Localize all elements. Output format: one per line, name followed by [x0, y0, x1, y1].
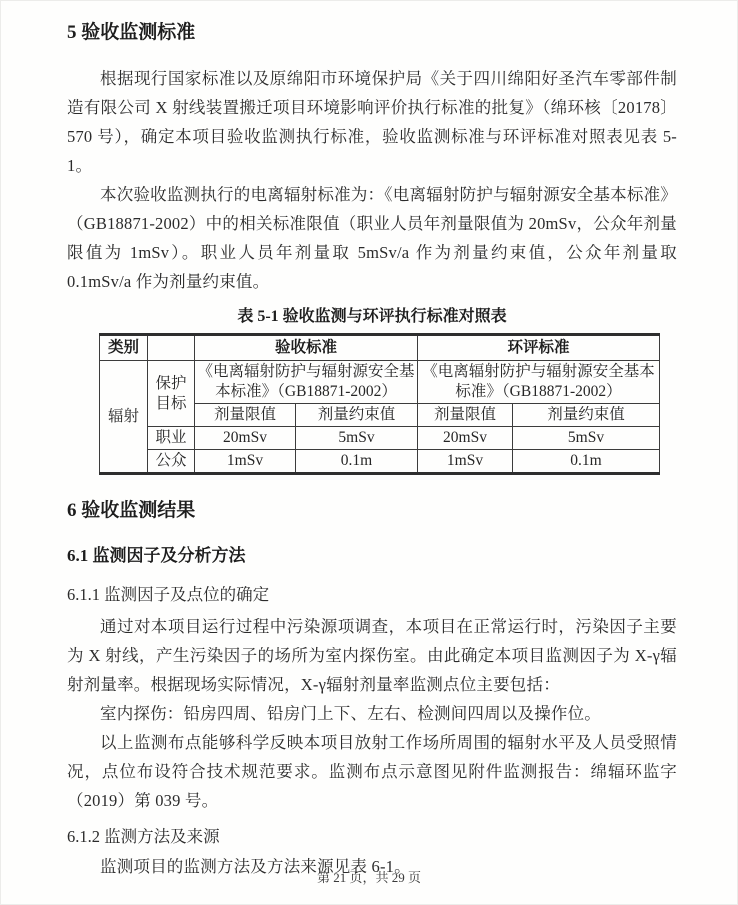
cell-value: 5mSv [513, 427, 660, 450]
table-row-occupational: 职业 20mSv 5mSv 20mSv 5mSv [100, 427, 660, 450]
cell-dose-constraint-label-1: 剂量约束值 [296, 404, 418, 427]
cell-category-header: 类别 [100, 335, 148, 361]
cell-acceptance-standard: 《电离辐射防护与辐射源安全基本标准》（GB18871-2002） [195, 361, 418, 404]
cell-value: 1mSv [418, 450, 513, 474]
cell-value: 20mSv [418, 427, 513, 450]
cell-protect-target: 保护目标 [148, 361, 195, 427]
section-6-1-heading: 6.1 监测因子及分析方法 [67, 544, 677, 567]
cell-eia-header: 环评标准 [418, 335, 660, 361]
section-5-paragraph-2: 本次验收监测执行的电离辐射标准为：《电离辐射防护与辐射源安全基本标准》（GB18… [67, 180, 677, 296]
cell-acceptance-header: 验收标准 [195, 335, 418, 361]
table-row-header: 类别 验收标准 环评标准 [100, 335, 660, 361]
section-6-heading: 6 验收监测结果 [67, 497, 677, 524]
section-6-paragraph-1: 通过对本项目运行过程中污染源项调查，本项目在正常运行时，污染因子主要为 X 射线… [67, 612, 677, 699]
section-6-1-1-heading: 6.1.1 监测因子及点位的确定 [67, 583, 677, 606]
section-6-1-2-heading: 6.1.2 监测方法及来源 [67, 825, 677, 848]
section-6-paragraph-3: 以上监测布点能够科学反映本项目放射工作场所周围的辐射水平及人员受照情况，点位布设… [67, 728, 677, 815]
document-page: 5 验收监测标准 根据现行国家标准以及原绵阳市环境保护局《关于四川绵阳好圣汽车零… [0, 0, 738, 905]
section-5-paragraph-1: 根据现行国家标准以及原绵阳市环境保护局《关于四川绵阳好圣汽车零部件制造有限公司 … [67, 64, 677, 180]
cell-value: 20mSv [195, 427, 296, 450]
cell-empty [148, 335, 195, 361]
standards-comparison-table: 类别 验收标准 环评标准 辐射 保护目标 《电离辐射防护与辐射源安全基本标准》（… [99, 333, 660, 475]
cell-value: 1mSv [195, 450, 296, 474]
section-5-heading: 5 验收监测标准 [67, 19, 677, 46]
cell-value: 5mSv [296, 427, 418, 450]
table-5-1-caption: 表 5-1 验收监测与环评执行标准对照表 [67, 306, 677, 328]
cell-eia-standard: 《电离辐射防护与辐射源安全基本标准》（GB18871-2002） [418, 361, 660, 404]
section-6-paragraph-2: 室内探伤：铅房四周、铅房门上下、左右、检测间四周以及操作位。 [67, 699, 677, 728]
cell-group-public: 公众 [148, 450, 195, 474]
cell-category-radiation: 辐射 [100, 361, 148, 474]
page-number-footer: 第 21 页，共 29 页 [1, 867, 737, 886]
table-row-standards: 辐射 保护目标 《电离辐射防护与辐射源安全基本标准》（GB18871-2002）… [100, 361, 660, 404]
cell-dose-limit-label-2: 剂量限值 [418, 404, 513, 427]
table-row-public: 公众 1mSv 0.1m 1mSv 0.1m [100, 450, 660, 474]
cell-value: 0.1m [296, 450, 418, 474]
cell-dose-limit-label-1: 剂量限值 [195, 404, 296, 427]
cell-group-occupational: 职业 [148, 427, 195, 450]
cell-dose-constraint-label-2: 剂量约束值 [513, 404, 660, 427]
cell-value: 0.1m [513, 450, 660, 474]
